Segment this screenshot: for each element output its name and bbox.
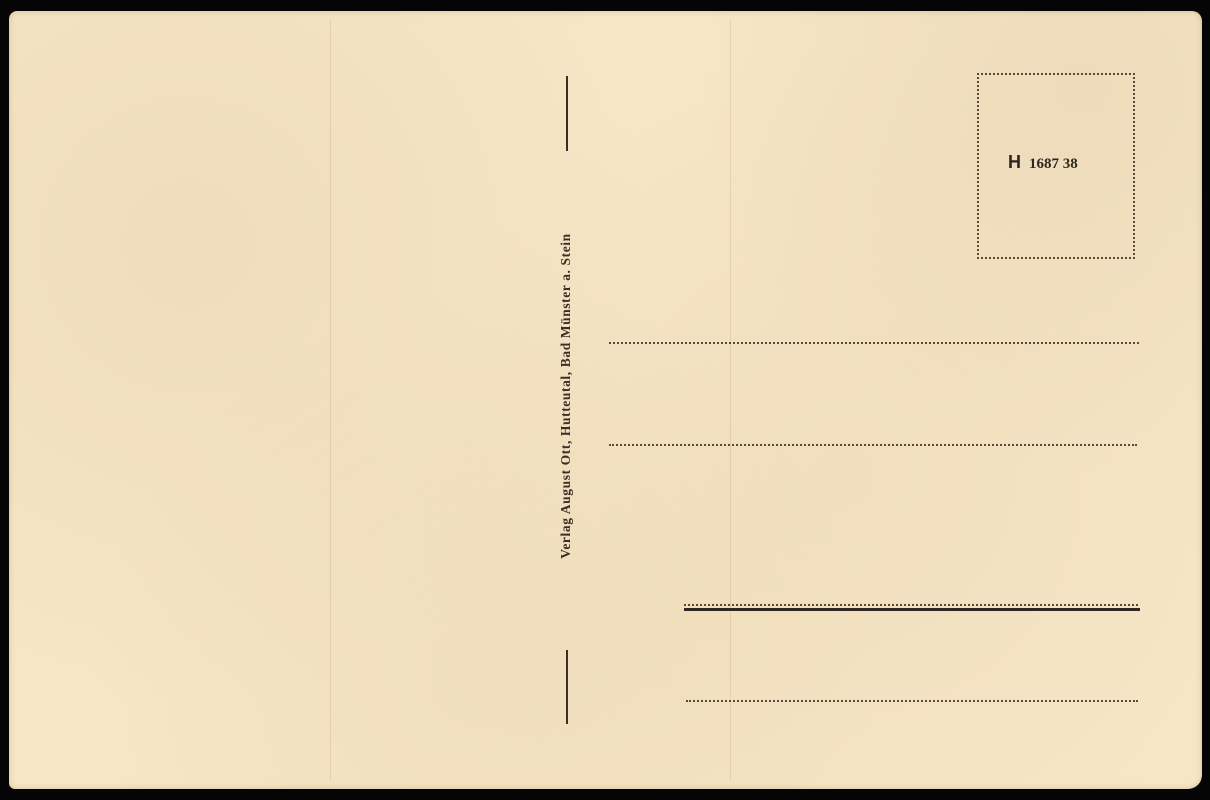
- address-line-1: [609, 342, 1139, 344]
- card-serial-number: H1687 38: [1008, 152, 1078, 173]
- address-line-3: [684, 604, 1138, 606]
- divider-line-top: [566, 76, 568, 151]
- serial-number: 1687 38: [1029, 156, 1078, 172]
- address-line-2: [609, 444, 1137, 446]
- divider-line-bottom: [566, 650, 568, 724]
- address-underline-solid: [684, 608, 1140, 611]
- address-line-4: [686, 700, 1138, 702]
- publisher-imprint: Verlag August Ott, Hutteutal, Bad Münste…: [558, 233, 574, 559]
- paper-crease: [730, 20, 731, 780]
- paper-crease: [330, 20, 331, 780]
- serial-prefix: H: [1008, 152, 1021, 172]
